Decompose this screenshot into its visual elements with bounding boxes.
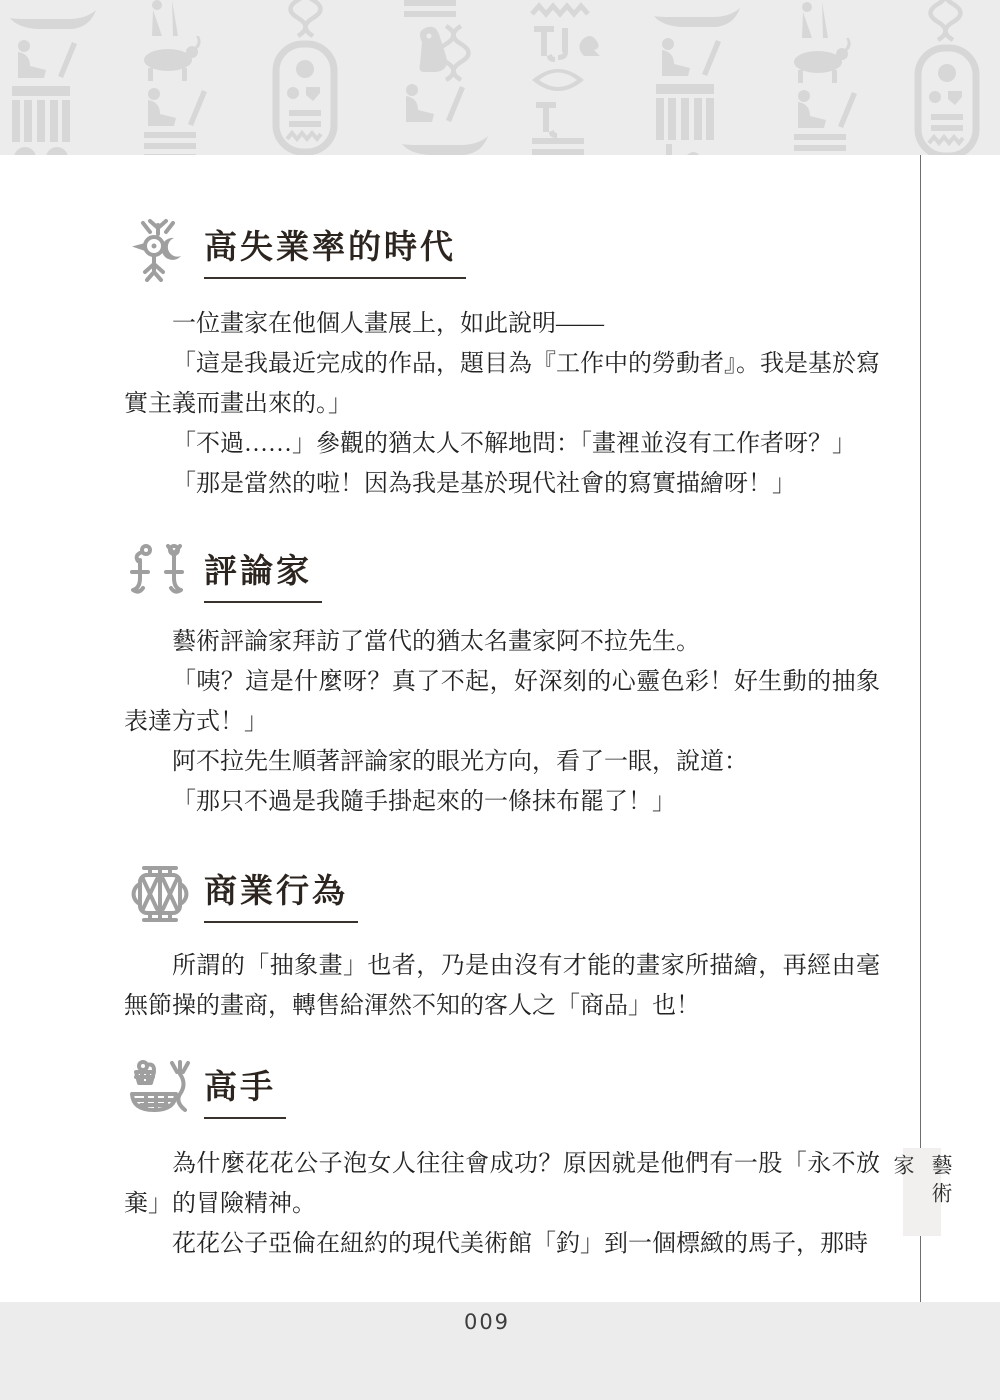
- twin-snakes-icon: [128, 542, 192, 606]
- hieroglyph-pattern-icon: [0, 0, 1000, 155]
- section-heading-critic: 評論家: [128, 542, 322, 606]
- paragraph: 藝術評論家拜訪了當代的猶太名畫家阿不拉先生。: [124, 622, 880, 662]
- totem-bird-icon: [128, 218, 192, 282]
- paragraph: 「那是當然的啦！因為我是基於現代社會的寫實描繪呀！」: [124, 464, 880, 504]
- paragraph: 阿不拉先生順著評論家的眼光方向，看了一眼，說道：: [124, 742, 880, 782]
- section-title: 高手: [204, 1061, 286, 1119]
- section-title: 高失業率的時代: [204, 221, 466, 279]
- paragraph: 「咦？這是什麼呀？真了不起，好深刻的心靈色彩！好生動的抽象表達方式！」: [124, 662, 880, 742]
- paragraph: 為什麼花花公子泡女人往往會成功？原因就是他們有一股「永不放棄」的冒險精神。: [124, 1144, 880, 1224]
- paragraph: 「那只不過是我隨手掛起來的一條抹布罷了！」: [124, 782, 880, 822]
- book-page: { "page": { "side_label": "藝術家", "page_n…: [0, 0, 1000, 1400]
- paragraph: 「這是我最近完成的作品，題目為『工作中的勞動者』。我是基於寫實主義而畫出來的。」: [124, 344, 880, 424]
- paragraph: 所謂的「抽象畫」也者，乃是由沒有才能的畫家所描繪，再經由毫無節操的畫商，轉售給渾…: [124, 946, 880, 1026]
- section-title: 商業行為: [204, 865, 358, 923]
- section-body-master: 為什麼花花公子泡女人往往會成功？原因就是他們有一股「永不放棄」的冒險精神。 花花…: [124, 1144, 880, 1264]
- section-heading-master: 高手: [128, 1058, 286, 1122]
- chapter-side-label: 藝術家: [903, 1148, 941, 1236]
- section-heading-commerce: 商業行為: [128, 862, 358, 926]
- section-body-unemployment: 一位畫家在他個人畫展上，如此說明—— 「這是我最近完成的作品，題目為『工作中的勞…: [124, 304, 880, 504]
- right-vertical-rule: [920, 155, 921, 1302]
- section-title: 評論家: [204, 545, 322, 603]
- hieroglyph-band: [0, 0, 1000, 155]
- woven-drum-icon: [128, 862, 192, 926]
- section-body-commerce: 所謂的「抽象畫」也者，乃是由沒有才能的畫家所描繪，再經由毫無節操的畫商，轉售給渾…: [124, 946, 880, 1026]
- paragraph: 「不過……」參觀的猶太人不解地問：「畫裡並沒有工作者呀？」: [124, 424, 880, 464]
- paragraph: 花花公子亞倫在紐約的現代美術館「釣」到一個標緻的馬子，那時: [124, 1224, 880, 1264]
- page-number: 009: [0, 1310, 987, 1334]
- section-body-critic: 藝術評論家拜訪了當代的猶太名畫家阿不拉先生。 「咦？這是什麼呀？真了不起，好深刻…: [124, 622, 880, 822]
- paragraph: 一位畫家在他個人畫展上，如此說明——: [124, 304, 880, 344]
- section-heading-unemployment: 高失業率的時代: [128, 218, 466, 282]
- boat-figure-icon: [128, 1058, 192, 1122]
